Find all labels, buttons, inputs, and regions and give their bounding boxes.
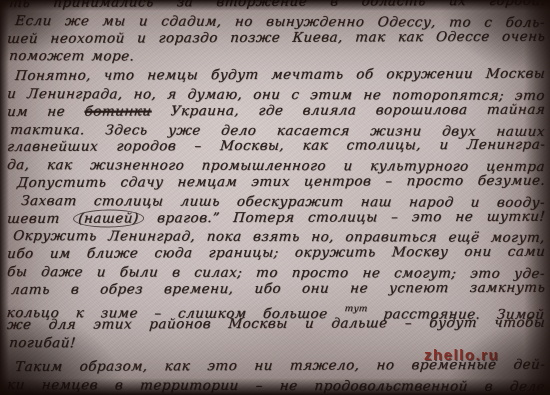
manuscript-line: Допустить сдачу немцам этих центров – пр… bbox=[16, 173, 546, 193]
text-run: Захват столицы лишь обескуражит наш наро… bbox=[20, 193, 545, 211]
text-run: ть принимались за вторжение в область их… bbox=[8, 0, 546, 11]
text-run: им не bbox=[6, 103, 85, 119]
text-run: шей неохотой и гораздо позже Киева, так … bbox=[6, 28, 546, 46]
manuscript-line: ки немцев в территории – не продовольств… bbox=[6, 377, 545, 395]
manuscript-line: главнейших городов – Москвы, как столицы… bbox=[6, 137, 546, 157]
text-run: Если же мы и сдадим, но вынужденно Одесс… bbox=[14, 13, 545, 31]
text-run: ки немцев в территории – не продовольств… bbox=[6, 377, 545, 395]
manuscript-line: Понятно, что немцы будут мечтать об окру… bbox=[14, 66, 546, 86]
text-run: Допустить сдачу немцам этих центров – пр… bbox=[16, 173, 546, 191]
text-run: Украина, где влияла ворошилова тайная bbox=[151, 101, 546, 119]
text-run: поможет море. bbox=[8, 48, 135, 64]
manuscript-line: шей неохотой и гораздо позже Киева, так … bbox=[6, 28, 546, 48]
text-run: Понятно, что немцы будут мечтать об окру… bbox=[14, 66, 546, 84]
text-run: ибо им ближе сюда границы; окружить Моск… bbox=[6, 244, 546, 262]
text-run: лать в обрез времени, ибо они не успеют … bbox=[10, 279, 546, 297]
struck-word: ботинки bbox=[84, 103, 152, 119]
text-run: же для этих районов Москвы и дальше – бу… bbox=[6, 315, 546, 333]
text-run: шевит bbox=[6, 210, 73, 226]
manuscript-line: ть принимались за вторжение в область их… bbox=[8, 0, 546, 13]
manuscript-photo: ть принимались за вторжение в область их… bbox=[0, 0, 550, 395]
text-run: врагов.” Потеря столицы – это не шутки! bbox=[143, 208, 546, 226]
inserted-word: тут bbox=[344, 304, 368, 314]
text-run: погибай! bbox=[8, 335, 76, 351]
circled-word: (нашей) bbox=[72, 209, 144, 227]
manuscript-line: же для этих районов Москвы и дальше – бу… bbox=[6, 315, 546, 335]
manuscript-line: ибо им ближе сюда границы; окружить Моск… bbox=[6, 244, 546, 264]
manuscript: ть принимались за вторжение в область их… bbox=[7, 0, 545, 395]
text-run: главнейших городов – Москвы, как столицы… bbox=[6, 137, 546, 155]
manuscript-line: лать в обрез времени, ибо они не успеют … bbox=[10, 279, 546, 299]
manuscript-line: им не ботинки Украина, где влияла вороши… bbox=[6, 101, 546, 121]
manuscript-line: шевит (нашей) врагов.” Потеря столицы – … bbox=[6, 208, 546, 228]
watermark: zhello.ru bbox=[424, 347, 499, 364]
